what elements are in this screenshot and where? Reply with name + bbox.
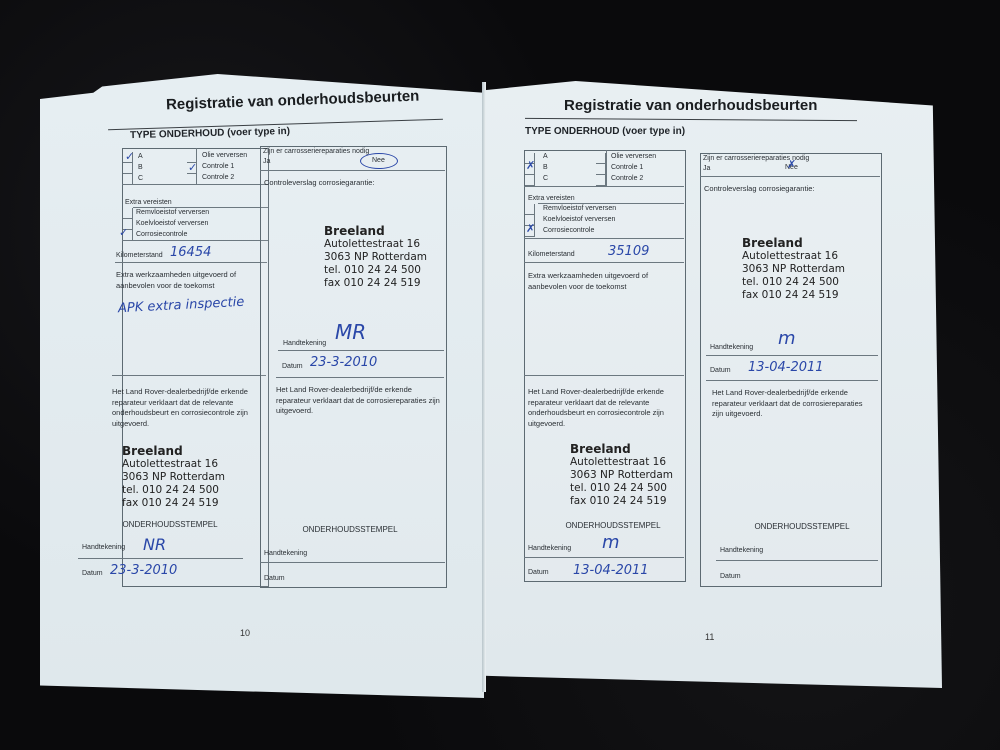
check-mark-corrosion: ✗ bbox=[526, 222, 535, 235]
checkbox-type-b[interactable] bbox=[123, 163, 133, 174]
type-heading-right: TYPE ONDERHOUD (voer type in) bbox=[525, 126, 685, 137]
label-brake-fluid: Remvloeistof verversen bbox=[543, 203, 616, 214]
stamp-street: Autolettestraat 16 bbox=[324, 238, 427, 251]
corrosion-date-right: 13-04-2011 bbox=[748, 360, 824, 375]
stamp-street: Autolettestraat 16 bbox=[122, 458, 225, 471]
answer-circle-no-left bbox=[360, 153, 398, 169]
stamp-tel: tel. 010 24 24 500 bbox=[570, 482, 673, 495]
stamp-tel: tel. 010 24 24 500 bbox=[742, 276, 845, 289]
signature-service-right: m bbox=[602, 532, 620, 553]
service-date-right: 13-04-2011 bbox=[573, 563, 649, 578]
label-signature-repair-left: Handtekening bbox=[264, 548, 307, 559]
divider bbox=[706, 355, 878, 356]
divider bbox=[700, 176, 880, 177]
stamp-city: 3063 NP Rotterdam bbox=[324, 251, 427, 264]
service-stamp-label-left: ONDERHOUDSSTEMPEL bbox=[120, 520, 220, 529]
corrosion-repair-stamp-label-right: ONDERHOUDSSTEMPEL bbox=[752, 522, 852, 531]
checkbox-check-1[interactable] bbox=[596, 164, 606, 175]
label-yes-right: Ja bbox=[703, 163, 710, 174]
label-mileage: Kilometerstand bbox=[116, 250, 163, 261]
label-signature-service-left: Handtekening bbox=[82, 542, 125, 553]
check-mark-type-a: ✓ bbox=[125, 150, 134, 163]
label-check-2: Controle 2 bbox=[611, 173, 643, 184]
label-date-corrosion-left: Datum bbox=[282, 361, 303, 372]
divider bbox=[606, 150, 607, 186]
label-type-b: B bbox=[543, 162, 548, 173]
checkbox-brake-fluid[interactable] bbox=[123, 208, 133, 219]
mileage-value-right: 35109 bbox=[608, 244, 649, 259]
label-type-c: C bbox=[138, 173, 143, 184]
label-mileage: Kilometerstand bbox=[528, 249, 575, 260]
corrosion-repair-stamp-label-left: ONDERHOUDSSTEMPEL bbox=[300, 525, 400, 534]
label-date-repair-left: Datum bbox=[264, 573, 285, 584]
divider bbox=[716, 560, 878, 561]
stamp-city: 3063 NP Rotterdam bbox=[742, 263, 845, 276]
label-corrosion-check: Corrosiecontrole bbox=[543, 225, 594, 236]
check-mark-corrosion: ✓ bbox=[119, 226, 128, 239]
check-mark-check-1: ✓ bbox=[188, 161, 197, 174]
label-check-1: Controle 1 bbox=[202, 161, 234, 172]
label-type-c: C bbox=[543, 173, 548, 184]
label-corrosion-report-left: Controleverslag corrosiegarantie: bbox=[264, 178, 384, 189]
stamp-street: Autolettestraat 16 bbox=[570, 456, 673, 469]
divider bbox=[78, 558, 243, 559]
divider bbox=[524, 557, 684, 558]
dealer-statement-service-right: Het Land Rover-dealerbedrijf/de erkende … bbox=[528, 387, 680, 429]
stamp-tel: tel. 010 24 24 500 bbox=[324, 264, 427, 277]
page-title-right: Registratie van onderhoudsbeurten bbox=[564, 97, 817, 114]
divider bbox=[524, 375, 684, 376]
stamp-name: Breeland bbox=[324, 225, 427, 238]
divider bbox=[524, 262, 684, 263]
label-signature-repair-right: Handtekening bbox=[720, 545, 763, 556]
dealer-statement-service-left: Het Land Rover-dealerbedrijf/de erkende … bbox=[112, 387, 262, 429]
stamp-city: 3063 NP Rotterdam bbox=[570, 469, 673, 482]
label-check-1: Controle 1 bbox=[611, 162, 643, 173]
label-corrosion-check: Corrosiecontrole bbox=[136, 229, 187, 240]
service-stamp-right: Breeland Autolettestraat 16 3063 NP Rott… bbox=[570, 443, 673, 508]
checkbox-brake-fluid[interactable] bbox=[525, 204, 535, 215]
label-signature-service-right: Handtekening bbox=[528, 543, 571, 554]
divider bbox=[122, 184, 268, 185]
label-type-a: A bbox=[138, 151, 143, 162]
label-type-b: B bbox=[138, 162, 143, 173]
corrosion-date-left: 23-3-2010 bbox=[310, 355, 377, 370]
divider bbox=[112, 375, 266, 376]
checkbox-check-2[interactable] bbox=[596, 175, 606, 186]
divider bbox=[260, 170, 445, 171]
label-type-a: A bbox=[543, 151, 548, 162]
label-coolant: Koelvloeistof verversen bbox=[543, 214, 615, 225]
stamp-name: Breeland bbox=[570, 443, 673, 456]
stamp-fax: fax 010 24 24 519 bbox=[324, 277, 427, 290]
booklet-spine bbox=[482, 82, 486, 692]
stamp-city: 3063 NP Rotterdam bbox=[122, 471, 225, 484]
divider bbox=[278, 350, 444, 351]
label-brake-fluid: Remvloeistof verversen bbox=[136, 207, 209, 218]
divider bbox=[122, 240, 268, 241]
signature-corrosion-right: m bbox=[778, 328, 796, 349]
service-stamp-left: Breeland Autolettestraat 16 3063 NP Rott… bbox=[122, 445, 225, 510]
label-date-service-left: Datum bbox=[82, 568, 103, 579]
signature-service-left: NR bbox=[143, 535, 166, 554]
divider bbox=[276, 377, 444, 378]
page-number-right: 11 bbox=[705, 632, 714, 642]
label-check-2: Controle 2 bbox=[202, 172, 234, 183]
stamp-street: Autolettestraat 16 bbox=[742, 250, 845, 263]
label-bodywork-question-left: Zijn er carrosseriereparaties nodig bbox=[263, 146, 369, 157]
mileage-value-left: 16454 bbox=[170, 245, 211, 260]
label-corrosion-report-right: Controleverslag corrosiegarantie: bbox=[704, 184, 824, 195]
page-number-left: 10 bbox=[240, 628, 250, 638]
label-date-service-right: Datum bbox=[528, 567, 549, 578]
divider bbox=[706, 380, 878, 381]
label-yes-left: Ja bbox=[263, 156, 270, 167]
label-extra-work: Extra werkzaamheden uitgevoerd of aanbev… bbox=[116, 270, 261, 291]
corrosion-stamp-left: Breeland Autolettestraat 16 3063 NP Rott… bbox=[324, 225, 427, 290]
label-extra-work: Extra werkzaamheden uitgevoerd of aanbev… bbox=[528, 271, 678, 292]
stamp-name: Breeland bbox=[122, 445, 225, 458]
stamp-tel: tel. 010 24 24 500 bbox=[122, 484, 225, 497]
label-date-repair-right: Datum bbox=[720, 571, 741, 582]
checkbox-oil-change[interactable] bbox=[596, 153, 606, 164]
answer-mark-no-right: ✗ bbox=[787, 158, 796, 171]
corrosion-stamp-right: Breeland Autolettestraat 16 3063 NP Rott… bbox=[742, 237, 845, 302]
label-oil-change: Olie verversen bbox=[611, 151, 656, 162]
label-signature-corrosion-left: Handtekening bbox=[283, 338, 326, 349]
stamp-fax: fax 010 24 24 519 bbox=[570, 495, 673, 508]
stamp-name: Breeland bbox=[742, 237, 845, 250]
divider bbox=[524, 238, 684, 239]
label-signature-corrosion-right: Handtekening bbox=[710, 342, 753, 353]
check-mark-type-b: ✗ bbox=[526, 159, 535, 172]
divider bbox=[524, 186, 684, 187]
dealer-statement-corrosion-left: Het Land Rover-dealerbedrijf/de erkende … bbox=[276, 385, 441, 417]
label-oil-change: Olie verversen bbox=[202, 150, 247, 161]
service-stamp-label-right: ONDERHOUDSSTEMPEL bbox=[563, 521, 663, 530]
checkbox-type-c[interactable] bbox=[525, 175, 535, 186]
service-date-left: 23-3-2010 bbox=[110, 563, 177, 578]
stamp-fax: fax 010 24 24 519 bbox=[122, 497, 225, 510]
label-date-corrosion-right: Datum bbox=[710, 365, 731, 376]
divider bbox=[115, 262, 267, 263]
label-coolant: Koelvloeistof verversen bbox=[136, 218, 208, 229]
signature-corrosion-left: MR bbox=[335, 320, 366, 344]
stamp-fax: fax 010 24 24 519 bbox=[742, 289, 845, 302]
divider bbox=[260, 562, 445, 563]
dealer-statement-corrosion-right: Het Land Rover-dealerbedrijf/de erkende … bbox=[712, 388, 872, 420]
